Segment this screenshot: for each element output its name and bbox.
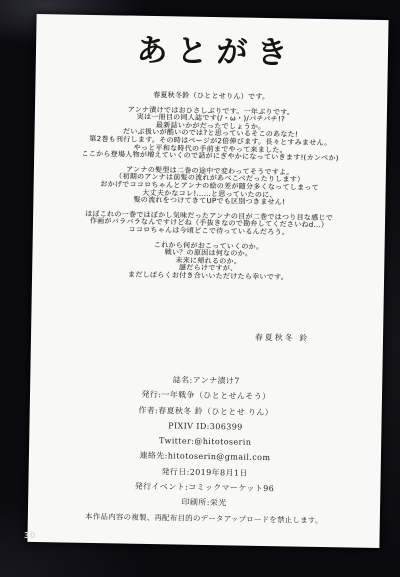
colophon-line-contact-email: 連絡先:hitotoserin@gmail.com [29,450,381,464]
colophon-copyright-notice: 本作品内容の複製、再配布目的のデータアップロードを禁止します。 [28,512,380,526]
colophon-line-pixiv-id: PIXIV ID:306399 [29,420,381,434]
author-signature: 春夏秋冬 鈴 [31,328,383,345]
afterword-body: 春夏秋冬鈴（ひととせりん）です。 アンナ漬けではおひさしぶりです。一年ぶりです。… [32,90,387,284]
afterword-line: 春夏秋冬鈴（ひととせりん）です。 [35,90,387,104]
paragraph-intro: アンナ漬けではおひさしぶりです。一年ぶりです。 実は一冊目の同人誌です(/・ω・… [34,105,387,164]
scan-background: あとがき 春夏秋冬鈴（ひととせりん）です。 アンナ漬けではおひさしぶりです。一年… [0,0,400,577]
colophon: 誌名:アンナ漬け7 発行:一年戦争（ひととせんそう） 作者:春夏秋冬 鈴（ひとと… [28,374,383,533]
page-number: 30 [24,531,36,540]
afterword-page: あとがき 春夏秋冬鈴（ひととせりん）です。 アンナ漬けではおひさしぶりです。一年… [27,14,388,548]
colophon-line-author: 作者:春夏秋冬 鈴（ひととせ りん） [30,405,382,419]
page-title: あとがき [36,32,389,72]
greeting-paragraph: 春夏秋冬鈴（ひととせりん）です。 [35,90,387,104]
colophon-line-twitter: Twitter:@hitotoserin [29,435,381,449]
paragraph-art: ほぼこれの一巻ではぼかし気味だったアンナの目が二巻ではつり目な感じで 作画がバラ… [33,210,385,239]
colophon-line-publish-date: 発行日:2019年8月1日 [29,466,381,480]
colophon-line-circle: 発行:一年戦争（ひととせんそう） [30,389,382,403]
colophon-line-event: 発行イベント:コミックマーケット96 [28,481,380,495]
colophon-line-printer: 印刷所:栄光 [28,496,380,510]
paragraph-closing: これから何がおこっていくのか。 戦い？の原因は何なのか。 未来に帰れるのか。 謎… [32,239,385,283]
colophon-line-title: 誌名:アンナ漬け7 [30,374,382,388]
paragraph-hair: アンナの髪型は二巻の途中で変わってそうですよ。 （初期のアンナは前髪の流れがあべ… [33,165,386,209]
